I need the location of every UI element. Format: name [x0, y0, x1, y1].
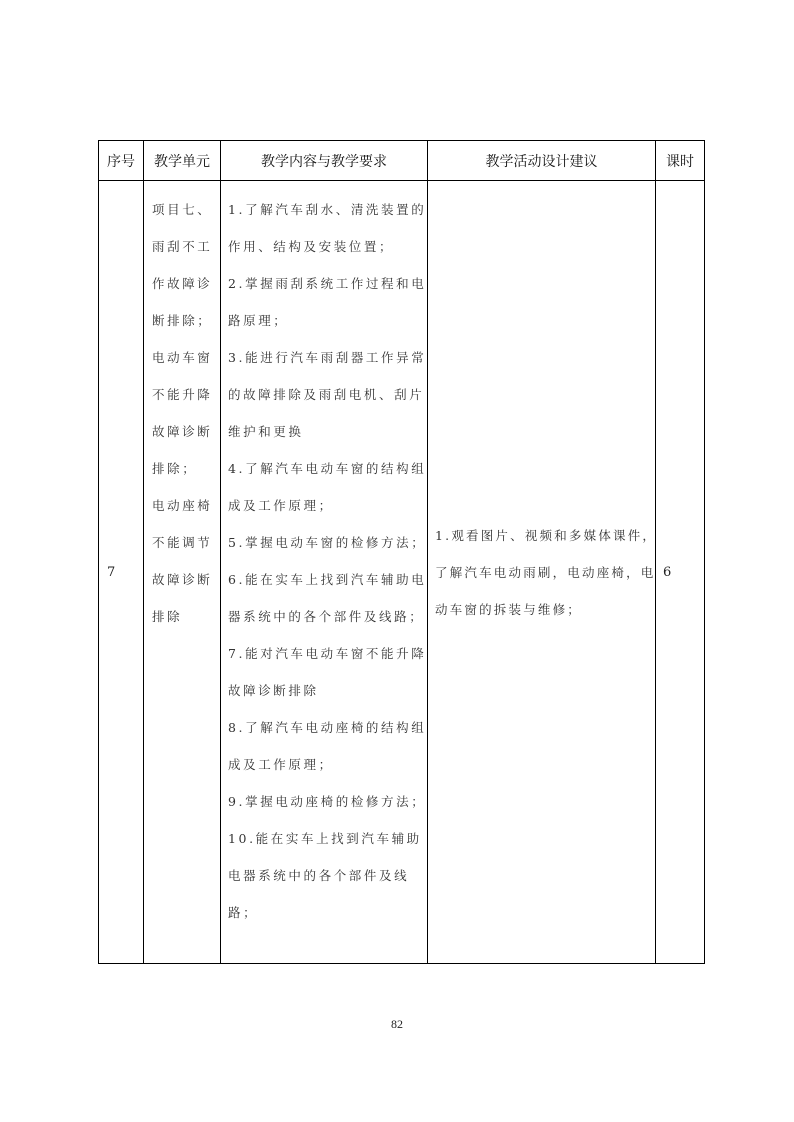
- activity-line: 1.观看图片、视频和多媒体课件，: [435, 517, 655, 554]
- syllabus-table: 序号 教学单元 教学内容与教学要求 教学活动设计建议 课时 7 项目七、 雨刮不…: [98, 140, 705, 964]
- unit-line: 电动座椅: [152, 487, 220, 524]
- content-line: 7.能对汽车电动车窗不能升降: [228, 635, 427, 672]
- content-line: 8.了解汽车电动座椅的结构组: [228, 709, 427, 746]
- content-line: 成及工作原理；: [228, 746, 427, 783]
- content-line: 电器系统中的各个部件及线: [228, 857, 427, 894]
- unit-text: 项目七、 雨刮不工 作故障诊 断排除； 电动车窗 不能升降 故障诊断 排除； 电…: [144, 181, 220, 635]
- content-line: 故障诊断排除: [228, 672, 427, 709]
- content-line: 3.能进行汽车雨刮器工作异常: [228, 339, 427, 376]
- seq-value: 7: [99, 565, 143, 580]
- hours-value: 6: [656, 565, 704, 580]
- content-line: 成及工作原理；: [228, 487, 427, 524]
- header-content: 教学内容与教学要求: [221, 141, 428, 181]
- header-activity: 教学活动设计建议: [428, 141, 656, 181]
- table-header-row: 序号 教学单元 教学内容与教学要求 教学活动设计建议 课时: [99, 141, 705, 181]
- unit-cell: 项目七、 雨刮不工 作故障诊 断排除； 电动车窗 不能升降 故障诊断 排除； 电…: [144, 181, 221, 964]
- header-seq: 序号: [99, 141, 144, 181]
- content-line: 的故障排除及雨刮电机、刮片: [228, 376, 427, 413]
- unit-line: 不能升降: [152, 376, 220, 413]
- unit-line: 电动车窗: [152, 339, 220, 376]
- content-line: 9.掌握电动座椅的检修方法；: [228, 783, 427, 820]
- content-line: 10.能在实车上找到汽车辅助: [228, 820, 427, 857]
- content-line: 维护和更换: [228, 413, 427, 450]
- content-line: 1.了解汽车刮水、清洗装置的: [228, 191, 427, 228]
- hours-cell: 6: [656, 181, 705, 964]
- unit-line: 断排除；: [152, 302, 220, 339]
- seq-cell: 7: [99, 181, 144, 964]
- content-line: 4.了解汽车电动车窗的结构组: [228, 450, 427, 487]
- unit-line: 不能调节: [152, 524, 220, 561]
- unit-line: 故障诊断: [152, 413, 220, 450]
- activity-line: 动车窗的拆装与维修；: [435, 591, 655, 628]
- content-line: 路原理；: [228, 302, 427, 339]
- content-cell: 1.了解汽车刮水、清洗装置的 作用、结构及安装位置； 2.掌握雨刮系统工作过程和…: [221, 181, 428, 964]
- content-line: 作用、结构及安装位置；: [228, 228, 427, 265]
- header-hours: 课时: [656, 141, 705, 181]
- content-line: 5.掌握电动车窗的检修方法；: [228, 524, 427, 561]
- content-line: 2.掌握雨刮系统工作过程和电: [228, 265, 427, 302]
- page-number: 82: [0, 1017, 794, 1032]
- document-page: 序号 教学单元 教学内容与教学要求 教学活动设计建议 课时 7 项目七、 雨刮不…: [0, 0, 794, 1122]
- content-line: 器系统中的各个部件及线路；: [228, 598, 427, 635]
- table-row: 7 项目七、 雨刮不工 作故障诊 断排除； 电动车窗 不能升降 故障诊断 排除；…: [99, 181, 705, 964]
- activity-cell: 1.观看图片、视频和多媒体课件， 了解汽车电动雨刷，电动座椅，电 动车窗的拆装与…: [428, 181, 656, 964]
- content-line: 路；: [228, 894, 427, 931]
- unit-line: 作故障诊: [152, 265, 220, 302]
- unit-line: 雨刮不工: [152, 228, 220, 265]
- unit-line: 排除；: [152, 450, 220, 487]
- header-unit: 教学单元: [144, 141, 221, 181]
- activity-line: 了解汽车电动雨刷，电动座椅，电: [435, 554, 655, 591]
- unit-line: 故障诊断: [152, 561, 220, 598]
- unit-line: 排除: [152, 598, 220, 635]
- unit-line: 项目七、: [152, 191, 220, 228]
- content-line: 6.能在实车上找到汽车辅助电: [228, 561, 427, 598]
- content-text: 1.了解汽车刮水、清洗装置的 作用、结构及安装位置； 2.掌握雨刮系统工作过程和…: [221, 181, 427, 931]
- activity-text: 1.观看图片、视频和多媒体课件， 了解汽车电动雨刷，电动座椅，电 动车窗的拆装与…: [428, 517, 655, 628]
